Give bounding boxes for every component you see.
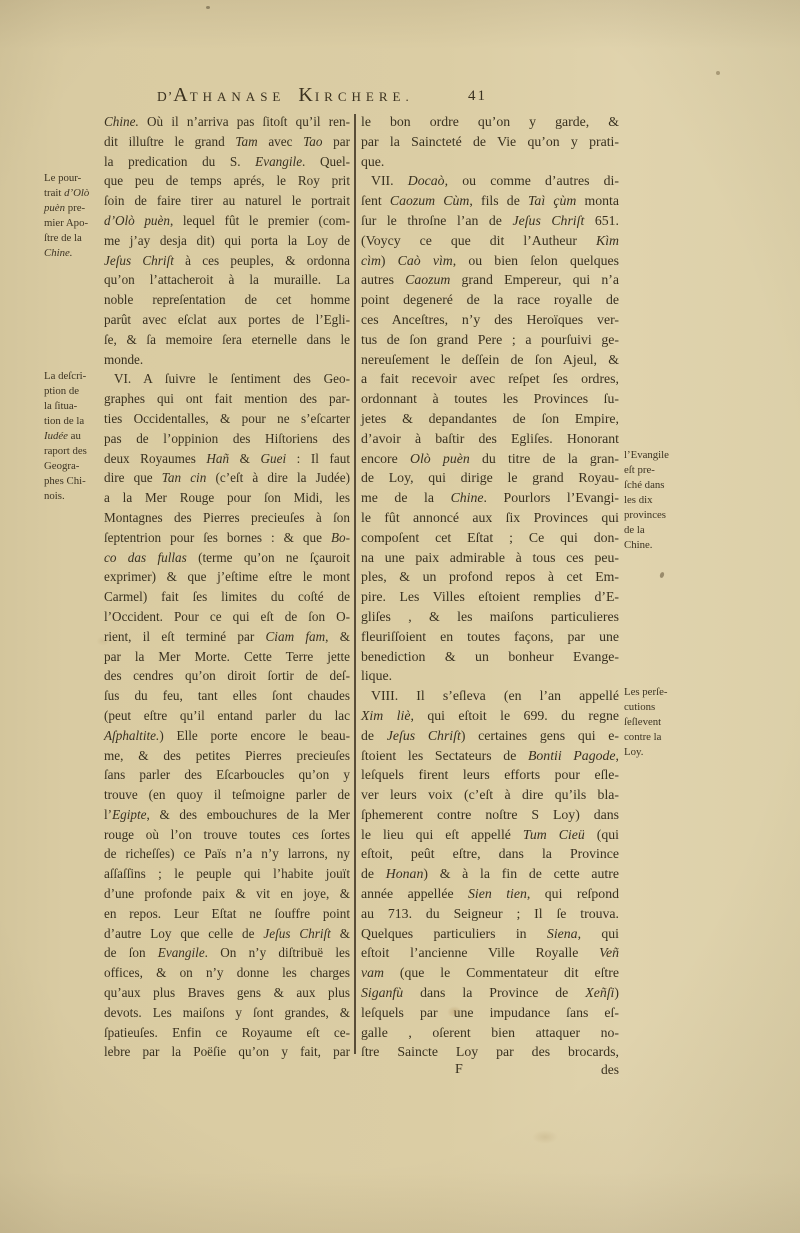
text-line: rient, il eſt terminé par Ciam fam, & [104,627,350,647]
text-line: provinces [624,508,698,523]
text-line: ſoin de faire tirer au naturel le portra… [104,191,350,211]
text-line: ordonnant à toutes les Provinces ſu- [361,389,619,409]
text-line: eſtoit l’ancienne Ville Royalle Veñ [361,943,619,963]
title-initial-k: K [298,84,314,107]
page-title: D’ATHANASEKIRCHERE. [157,84,414,107]
text-line: trouve (en quoy il teſmoigne parler de [104,785,350,805]
text-line: de Honan) & à la fin de cette autre [361,864,619,884]
text-line: ſans parler des Eſcarboucles qu’on y [104,765,350,785]
text-line: ſeſlevent [624,715,698,730]
text-line: galle , oſerent bien attaquer no- [361,1023,619,1043]
text-line: nereuſement le deſſein de ſon Ajeul, & [361,350,619,370]
text-column-right: le bon ordre qu’on y garde, &par la Sain… [361,112,619,1062]
text-line: tion de la [44,414,106,429]
paper-speck [659,571,665,578]
text-line: Iudée au [44,429,106,444]
text-line: compoſent cet Eſtat ; Ce qui don- [361,528,619,548]
text-line: autres Caozum grand Empereur, qui n’a [361,270,619,290]
text-line: VI. A ſuivre le ſentiment des Geo- [104,369,350,389]
text-line: rouge où l’on trouve toutes ces ſortes [104,825,350,845]
text-line: co das fullas (terme qu’on ne ſçauroit [104,548,350,568]
text-line: Geogra- [44,459,106,474]
text-line: Xim liè, qui eſtoit le 699. du regne [361,706,619,726]
text-line: trait d’Olò [44,186,106,201]
text-line: ſché dans [624,478,698,493]
margin-note-evangile-presche: l’Evangileeſt pre-ſché dansles dixprovin… [624,448,698,553]
text-line: d’avoir à baſtir des Egliſes. Honorant [361,429,619,449]
margin-note-judee-description: La deſcri-ption dela ſitua-tion de laIud… [44,369,106,504]
text-line: le lieu qui eſt appellé Tum Cieü (qui [361,825,619,845]
catchword: des [540,1062,619,1078]
text-line: Quelques particuliers in Siena, qui [361,924,619,944]
book-page-scan: D’ATHANASEKIRCHERE. 41 Chine. Où il n’ar… [0,0,800,1233]
text-line: parût avec eſclat aux portes de l’Egli- [104,310,350,330]
text-line: d’Olò puèn, lequel fût le premier (com- [104,211,350,231]
text-line: de la [624,523,698,538]
text-line: nois. [44,489,106,504]
signature-mark: F [455,1062,463,1078]
text-line: Carmel) fait ſes limites du coſté de [104,587,350,607]
text-line: a la Mer Rouge pour ſon Midi, les [104,488,350,508]
text-line: leſquels firent leurs efforts pour eſle- [361,765,619,785]
paper-speck [206,6,210,9]
text-line: tus de ſon grand Pere ; a pourſuivi ge- [361,330,619,350]
text-line: graphes qui ont fait mention des par- [104,389,350,409]
margin-note-persecutions: Les perſe-cutionsſeſleventcontre laLoy. [624,685,698,760]
text-line: ſtre de la [44,231,106,246]
text-line: ver leurs voix (c’eſt à dire qu’ils bla- [361,785,619,805]
text-line: fleuriſſoient en toutes façons, par une [361,627,619,647]
text-line: eſtoit, peût eſtre, dans la Province [361,844,619,864]
text-line: (Voycy ce que dit l’Autheur Kìm [361,231,619,251]
text-line: la predication du S. Evangile. Quel- [104,152,350,172]
text-line: na une paix admirable à tous ces peu- [361,548,619,568]
text-line: que peu de temps aprés, le Roy prit [104,171,350,191]
text-line: devots. Les maiſons y ſont grandes, & [104,1003,350,1023]
text-line: eſt pre- [624,463,698,478]
text-line: Siganfù dans la Province de Xeñſi) [361,983,619,1003]
paper-speck [716,71,720,75]
text-line: La deſcri- [44,369,106,384]
text-line: aſſaſſins ; le peuple qui l’habite jouït [104,864,350,884]
text-line: ties Occidentalles, & pour ne s’eſcarter [104,409,350,429]
text-line: point degeneré de la race royalle de [361,290,619,310]
text-line: Aſphaltite.) Elle porte encore le beau- [104,726,350,746]
title-initial-a: A [173,84,189,107]
text-line: ſtre Saincte Loy par des brocards, [361,1042,619,1062]
text-line: benediction & un bonheur Evange- [361,647,619,667]
text-line: de Loy, qui dirige le grand Royau- [361,468,619,488]
text-line: exprimer) & que j’eſtime eſtre le mont [104,567,350,587]
text-line: d’autre Loy que celle de Jeſus Chriſt & [104,924,350,944]
text-line: le fût annoncé aux ſix Provinces qui [361,508,619,528]
text-line: deux Royaumes Hañ & Guei : Il faut [104,449,350,469]
text-line: l’Evangile [624,448,698,463]
text-line: noble repreſentation de cet homme [104,290,350,310]
text-line: monde. [104,350,350,370]
text-line: raport des [44,444,106,459]
text-line: par la Saincteté de Vie qu’on y prati- [361,132,619,152]
text-line: ples, & un profond repos à cet Em- [361,567,619,587]
text-line: phes Chi- [44,474,106,489]
text-line: Montagnes des Pierres precieuſes à ſon [104,508,350,528]
text-line: ſtoient les Sectateurs de Bontii Pagode, [361,746,619,766]
margin-note-portrait-olopuen: Le pour-trait d’Olòpuèn pre-mier Apo-ſtr… [44,171,106,261]
text-line: lique. [361,666,619,686]
text-line: ſe, & ſa memoire ſera eternelle dans le [104,330,350,350]
text-line: ſphemerent contre noſtre S Loy) dans [361,805,619,825]
text-line: Chine. Où il n’arriva pas ſitoſt qu’il r… [104,112,350,132]
text-line: VIII. Il s’eſleva (en l’an appellé [361,686,619,706]
text-line: d’une profonde paix & vit en joye, & [104,884,350,904]
text-line: qu’on l’attacheroit à la muraille. La [104,270,350,290]
text-line: me j’ay desja dit) qui porta la Loy de [104,231,350,251]
text-line: Jeſus Chriſt à ces peuples, & ordonna [104,251,350,271]
text-line: l’Occident. Pour ce qui eſt de ſon O- [104,607,350,627]
text-line: me, & des petites Pierres precieuſes [104,746,350,766]
text-line: des cendres qu’on diroit ſortir de deſ- [104,666,350,686]
title-prefix: D’ [157,89,173,105]
text-line: lebre par la Poëſie qu’on y fait, par [104,1042,350,1062]
text-column-left: Chine. Où il n’arriva pas ſitoſt qu’il r… [104,112,350,1062]
text-line: les dix [624,493,698,508]
text-line: la ſitua- [44,399,106,414]
text-line: Loy. [624,745,698,760]
column-divider-rule [354,114,356,1054]
text-line: Le pour- [44,171,106,186]
text-line: Chine. [44,246,106,261]
text-line: cìm) Caò vìm, ou bien ſelon quelques [361,251,619,271]
text-line: au 713. du Seigneur ; Il ſe trouva. [361,904,619,924]
text-line: ces Anceſtres, n’y des Heroïques ver- [361,310,619,330]
text-line: vam (que le Commentateur dit eſtre [361,963,619,983]
text-line: dire que Tan cin (c’eſt à dire la Judée) [104,468,350,488]
paper-stain [532,1130,558,1144]
text-line: ſus du feu, tant elles ſont chaudes [104,686,350,706]
text-line: en repos. Leur Eſtat ne ſouffre point [104,904,350,924]
title-run-2: IRCHERE. [315,89,414,105]
text-line: a fait recevoir avec reſpet ſes ordres, [361,369,619,389]
text-line: leſquels par une impudance ſans eſ- [361,1003,619,1023]
text-line: me de la Chine. Pourlors l’Evangi- [361,488,619,508]
text-line: pire. Les Villes eſtoient remplies d’E- [361,587,619,607]
text-line: cutions [624,700,698,715]
text-line: ption de [44,384,106,399]
text-line: (peut eſtre qu’il entand parler du lac [104,706,350,726]
text-line: par la Mer Morte. Cette Terre jette [104,647,350,667]
text-line: année appellée Sien tien, qui reſpond [361,884,619,904]
text-line: ſpatieuſes. Enfin ce Royaume eſt ce- [104,1023,350,1043]
title-run-1: THANASE [190,89,286,105]
text-line: dit illuſtre le grand Tam avec Tao par [104,132,350,152]
text-line: contre la [624,730,698,745]
text-line: offices, & on n’y donne les charges [104,963,350,983]
text-line: l’Egipte, & des embouchures de la Mer [104,805,350,825]
text-line: qu’aux plus Braves gens & aux plus [104,983,350,1003]
text-line: ſeptentrion pour ſes bornes : & que Bo- [104,528,350,548]
text-line: encore Olò puèn du titre de la gran- [361,449,619,469]
text-line: pas de l’oppinion des Hiſtoriens des [104,429,350,449]
text-line: gliſes , & les maiſons particulieres [361,607,619,627]
text-line: ſur le throſne l’an de Jeſus Chriſt 651. [361,211,619,231]
text-line: de ſon Evangile. On n’y diſtribuë les [104,943,350,963]
text-line: mier Apo- [44,216,106,231]
text-line: que. [361,152,619,172]
text-line: ſent Caozum Cùm, fils de Taì çùm monta [361,191,619,211]
text-line: le bon ordre qu’on y garde, & [361,112,619,132]
text-line: de richeſſes) ce Païs n’a n’y larrons, n… [104,844,350,864]
text-line: jetes & depandantes de ſon Empire, [361,409,619,429]
text-line: de Jeſus Chriſt) certaines gens qui e- [361,726,619,746]
text-line: Les perſe- [624,685,698,700]
text-line: VII. Docaò, ou comme d’autres di- [361,171,619,191]
text-line: puèn pre- [44,201,106,216]
page-number: 41 [468,88,487,105]
text-line: Chine. [624,538,698,553]
